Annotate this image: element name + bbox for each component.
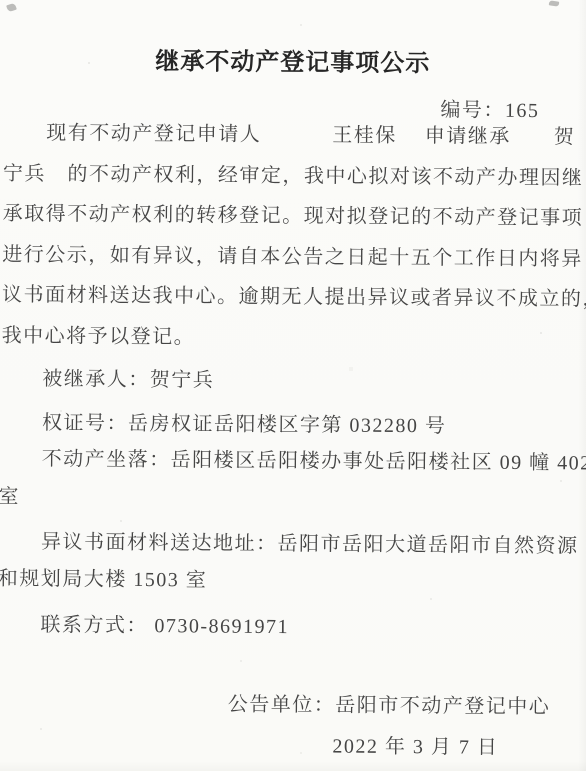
field-objection-address: 异议书面材料送达地址：岳阳市岳阳大道岳阳市自然资源 bbox=[0, 527, 579, 562]
document-title: 继承不动产登记事项公示 bbox=[0, 40, 586, 80]
field-heir: 被继承人：贺宁兵 bbox=[0, 364, 214, 396]
document-content: 继承不动产登记事项公示 编号：165 现有不动产登记申请人 王桂保 申请继承 贺… bbox=[0, 0, 586, 771]
field-objection-address-continued: 和规划局大楼 1503 室 bbox=[0, 564, 207, 596]
field-property-location-continued: 室 bbox=[0, 482, 20, 512]
field-property-location: 不动产坐落：岳阳楼区岳阳楼办事处岳阳楼社区 09 幢 402 bbox=[0, 444, 586, 479]
footer-issuing-unit: 公告单位：岳阳市不动产登记中心 bbox=[228, 690, 551, 723]
field-contact-phone: 联系方式： 0730-8691971 bbox=[0, 610, 289, 642]
notice-paragraph: 现有不动产登记申请人 王桂保 申请继承 贺 宁兵 的不动产权利，经审定，我中心拟… bbox=[2, 113, 586, 361]
footer-date: 2022 年 3 月 7 日 bbox=[332, 731, 498, 762]
scanned-notice-page: 继承不动产登记事项公示 编号：165 现有不动产登记申请人 王桂保 申请继承 贺… bbox=[0, 0, 586, 771]
field-cert-number: 权证号：岳房权证岳阳楼区字第 032280 号 bbox=[0, 408, 447, 442]
